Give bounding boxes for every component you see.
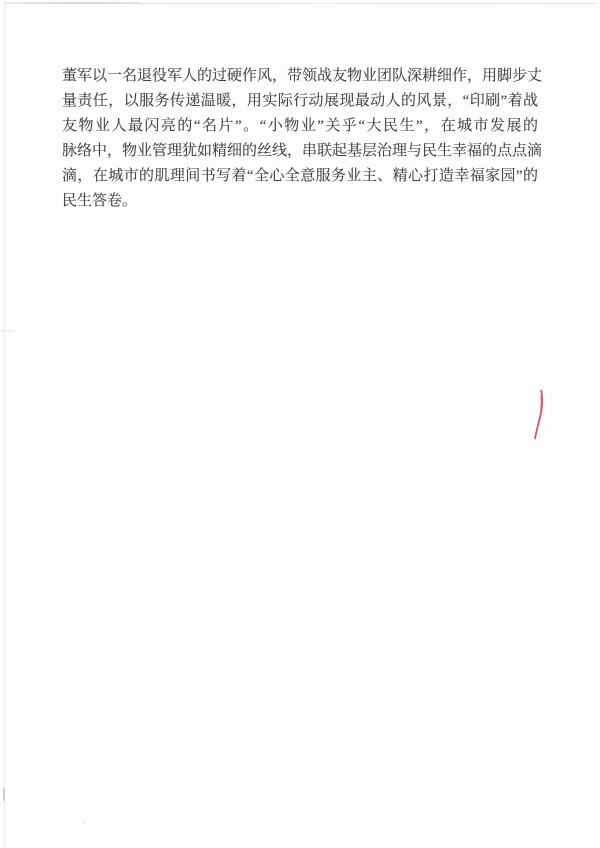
text-line-6: 民生答卷。 [62,189,538,214]
red-pen-mark [528,387,546,443]
text-line-2: 量责任，以服务传递温暖，用实际行动展现最动人的风景，“印刷”着战 [62,89,538,114]
scan-artifact-top-edge-left [5,2,140,4]
text-line-3: 友物业人最闪亮的“名片”。“小物业”关乎“大民生”，在城市发展的 [62,114,538,139]
scan-artifact-left-dash [0,330,14,332]
body-paragraph: 董军以一名退役军人的过硬作风，带领战友物业团队深耕细作，用脚步丈 量责任，以服务… [62,64,538,214]
text-line-5: 滴，在城市的肌理间书写着“全心全意服务业主、精心打造幸福家园”的 [62,164,538,189]
text-line-1: 董军以一名退役军人的过硬作风，带领战友物业团队深耕细作，用脚步丈 [62,64,538,89]
scan-artifact-left-bottom-dash [3,788,5,801]
scanned-document-page: 董军以一名退役军人的过硬作风，带领战友物业团队深耕细作，用脚步丈 量责任，以服务… [0,0,600,848]
scan-artifact-speck [83,821,86,824]
text-line-4: 脉络中，物业管理犹如精细的丝线，串联起基层治理与民生幸福的点点滴 [62,139,538,164]
scan-artifact-left-edge [4,0,5,848]
scan-artifact-top-edge-right [140,3,596,4]
